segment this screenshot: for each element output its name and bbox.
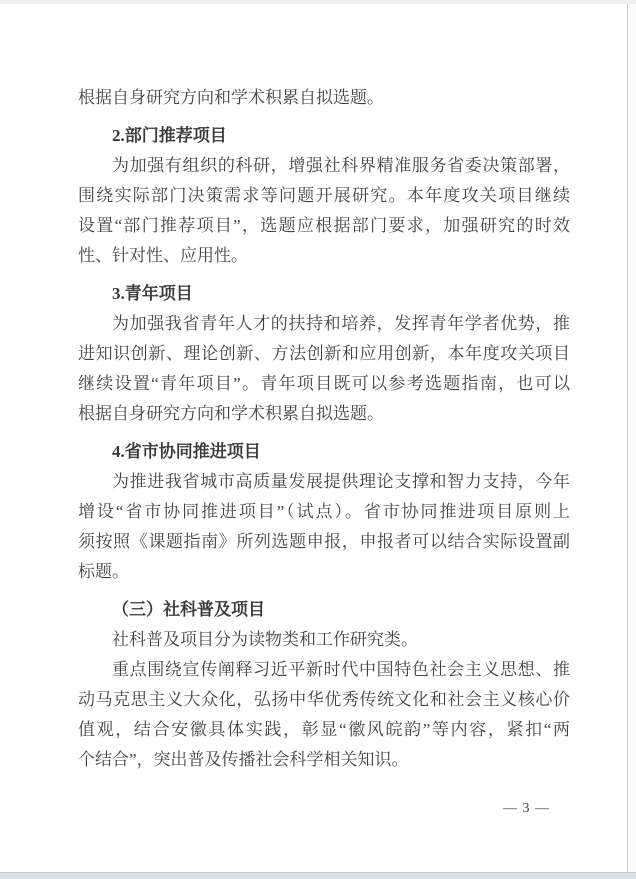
- paragraph-line: 标题。: [78, 557, 570, 587]
- paragraph-line: 社科普及项目分为读物类和工作研究类。: [78, 625, 570, 655]
- paragraph-line: 为加强有组织的科研，增强社科界精准服务省委决策部署，: [78, 151, 570, 181]
- page-footer: — 3 —: [78, 800, 570, 818]
- paragraph-line: 性、针对性、应用性。: [78, 241, 570, 271]
- section-heading-province-city-project: 4.省市协同推进项目: [78, 437, 570, 467]
- document-content: 根据自身研究方向和学术积累自拟选题。 2.部门推荐项目 为加强有组织的科研，增强…: [78, 83, 570, 775]
- scan-edge-right-margin: [628, 4, 636, 872]
- paragraph-line: 增设“省市协同推进项目”（试点）。省市协同推进项目原则上: [78, 497, 570, 527]
- paragraph-line: 为推进我省城市高质量发展提供理论支撑和智力支持，今年: [78, 467, 570, 497]
- paragraph-line: 进知识创新、理论创新、方法创新和应用创新，本年度攻关项目: [78, 339, 570, 369]
- paragraph-line: 设置“部门推荐项目”，选题应根据部门要求，加强研究的时效: [78, 211, 570, 241]
- paragraph-line: 继续设置“青年项目”。青年项目既可以参考选题指南，也可以: [78, 369, 570, 399]
- scan-edge-top: [0, 0, 636, 4]
- paragraph-line: 值观，结合安徽具体实践，彰显“徽风皖韵”等内容，紧扣“两: [78, 715, 570, 745]
- section-heading-department-recommended: 2.部门推荐项目: [78, 121, 570, 151]
- paragraph-line: 为加强我省青年人才的扶持和培养，发挥青年学者优势，推: [78, 309, 570, 339]
- paragraph-line: 重点围绕宣传阐释习近平新时代中国特色社会主义思想、推: [78, 655, 570, 685]
- paragraph-line: 根据自身研究方向和学术积累自拟选题。: [78, 399, 570, 429]
- paragraph-continuation-line: 根据自身研究方向和学术积累自拟选题。: [78, 83, 570, 113]
- scan-edge-right-line: [627, 4, 628, 872]
- paragraph-line: 围绕实际部门决策需求等问题开展研究。本年度攻关项目继续: [78, 181, 570, 211]
- scan-edge-bottom: [0, 872, 636, 879]
- paragraph-line: 须按照《课题指南》所列选题申报，申报者可以结合实际设置副: [78, 527, 570, 557]
- page-number: — 3 —: [503, 801, 550, 816]
- section-heading-youth-project: 3.青年项目: [78, 279, 570, 309]
- section-heading-social-science-popularization: （三）社科普及项目: [78, 595, 570, 625]
- paragraph-line: 动马克思主义大众化，弘扬中华优秀传统文化和社会主义核心价: [78, 685, 570, 715]
- paragraph-line: 个结合”，突出普及传播社会科学相关知识。: [78, 745, 570, 775]
